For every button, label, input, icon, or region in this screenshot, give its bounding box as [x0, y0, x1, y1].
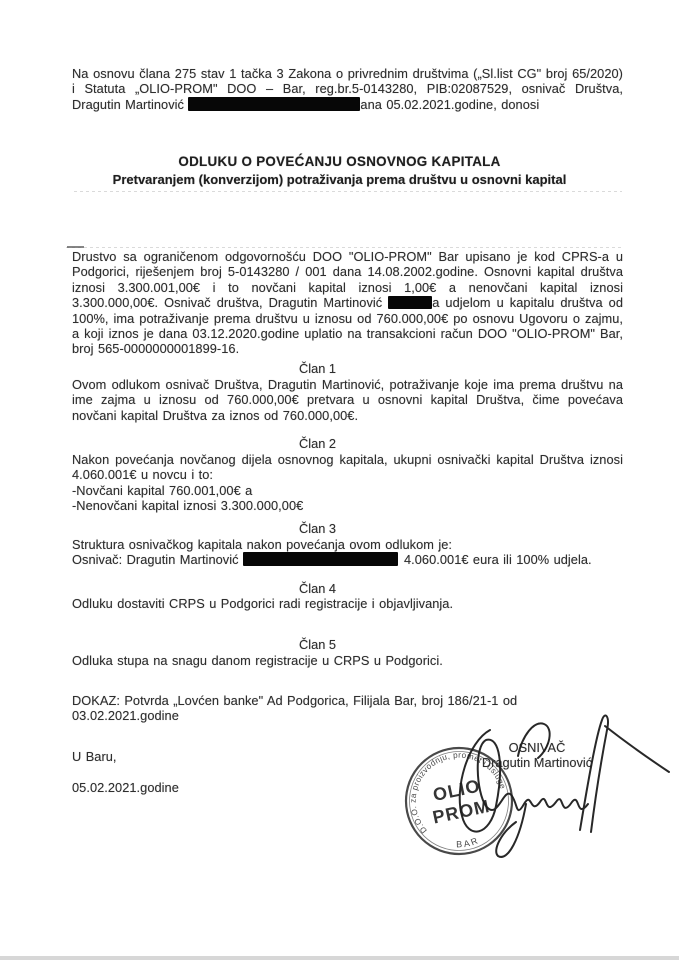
signature-top-loop: [518, 723, 550, 758]
title-block: ODLUKU O POVEĆANJU OSNOVNOG KAPITALA Pre…: [0, 154, 679, 187]
redaction-box-1: [188, 97, 360, 111]
scan-artifact-line-top: [74, 191, 622, 192]
intro-text-after: ana 05.02.2021.godine, donosi: [360, 97, 539, 112]
clan4-heading: Član 4: [0, 581, 679, 596]
clan3-line2-after: 4.060.001€ eura ili 100% udjela.: [404, 552, 592, 567]
scan-artifact-dash: [67, 246, 84, 248]
clan1-heading: Član 1: [0, 361, 679, 376]
clan3-heading: Član 3: [0, 521, 679, 536]
clan5-paragraph: Odluka stupa na snagu danom registracije…: [72, 653, 623, 668]
redaction-box-2: [388, 296, 432, 309]
scan-artifact-line-mid: [66, 247, 624, 248]
document-subtitle: Pretvaranjem (konverzijom) potraživanja …: [0, 172, 679, 187]
intro-paragraph: Na osnovu člana 275 stav 1 tačka 3 Zakon…: [72, 66, 623, 112]
redaction-box-3: [243, 552, 398, 566]
clan2-paragraph: Nakon povećanja novčanog dijela osnovnog…: [72, 452, 623, 514]
clan3-line2: Osnivač: Dragutin Martinović 4.060.001€ …: [72, 552, 623, 567]
signature-descender: [496, 804, 526, 857]
clan2-item-2: -Nenovčani kapital iznosi 3.300.000,00€: [72, 498, 623, 513]
body-paragraph: Drustvo sa ograničenom odgovornošću DOO …: [72, 249, 623, 357]
document-title: ODLUKU O POVEĆANJU OSNOVNOG KAPITALA: [0, 154, 679, 169]
scan-bottom-edge: [0, 956, 679, 960]
signature-tall-stroke: [580, 715, 608, 832]
clan5-heading: Član 5: [0, 637, 679, 652]
clan1-paragraph: Ovom odlukom osnivač Društva, Dragutin M…: [72, 377, 623, 423]
document-page: Na osnovu člana 275 stav 1 tačka 3 Zakon…: [0, 0, 679, 960]
clan3-paragraph: Struktura osnivačkog kapitala nakon pove…: [72, 537, 623, 568]
clan2-item-1: -Novčani kapital 760.001,00€ a: [72, 483, 623, 498]
clan3-line1: Struktura osnivačkog kapitala nakon pove…: [72, 537, 623, 552]
signature-flourish: [605, 726, 669, 772]
clan3-line2-before: Osnivač: Dragutin Martinović: [72, 552, 243, 567]
signature: [426, 708, 671, 868]
clan2-intro-text: Nakon povećanja novčanog dijela osnovnog…: [72, 452, 623, 483]
clan2-heading: Član 2: [0, 436, 679, 451]
clan4-paragraph: Odluku dostaviti CRPS u Podgorici radi r…: [72, 596, 623, 611]
